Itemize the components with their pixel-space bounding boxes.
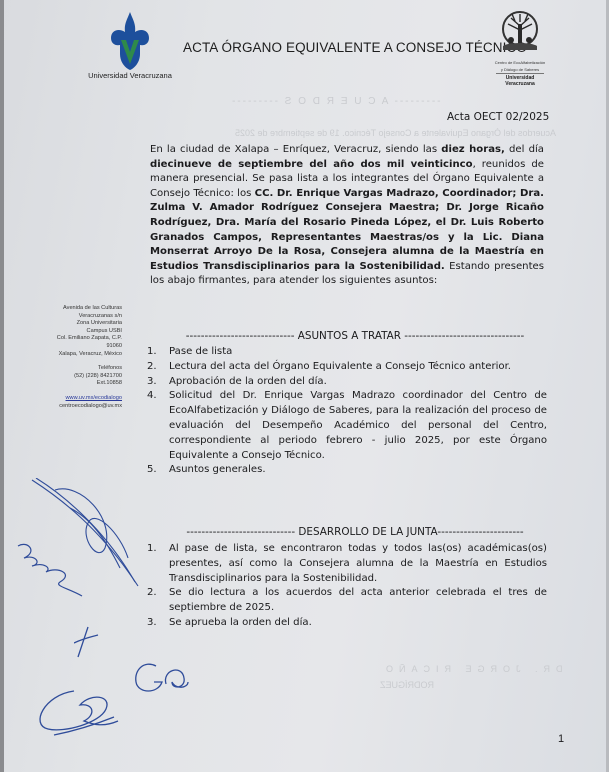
acta-number: Acta OECT 02/2025 <box>447 111 549 123</box>
address-line: Xalapa, Veracruz, México <box>26 351 122 359</box>
contact-sidebar: Avenida de las CulturasVeracruzanas s/nZ… <box>26 305 122 410</box>
item-number: 5. <box>147 463 169 478</box>
address-line: Zona Universitaria <box>26 320 122 328</box>
desarrollo-item: 3.Se aprueba la orden del día. <box>147 616 547 631</box>
ecoalfabetizacion-logo: Centro de EcoAlfabetización y Diálogo de… <box>492 10 548 87</box>
intro-text-2: del día <box>505 144 544 155</box>
phone-line: Ext.10858 <box>26 380 122 388</box>
phone-line: Teléfonos <box>26 365 122 373</box>
signature-3 <box>74 625 100 659</box>
uv-logo-caption: Universidad Veracruzana <box>88 71 172 80</box>
intro-text-1: En la ciudad de Xalapa – Enríquez, Verac… <box>150 144 441 155</box>
item-text: Se aprueba la orden del día. <box>169 616 547 631</box>
phone-line: (52) (228) 8421700 <box>26 373 122 381</box>
intro-date: diecinueve de septiembre del año dos mil… <box>150 159 473 170</box>
intro-members: CC. Dr. Enrique Vargas Madrazo, Coordina… <box>150 188 544 272</box>
asunto-item: 5.Asuntos generales. <box>147 463 547 478</box>
item-text: Pase de lista <box>169 345 547 360</box>
tree-emblem-icon <box>499 10 541 54</box>
bleed-through-line: Acuerdos del Órgano Equivalente a Consej… <box>235 128 556 138</box>
item-text: Al pase de lista, se encontraron todas y… <box>169 542 547 586</box>
universidad-veracruzana-logo: Universidad Veracruzana <box>88 12 172 80</box>
signature-4 <box>132 660 192 696</box>
address-line: Veracruzanas s/n <box>26 313 122 321</box>
website-link[interactable]: www.uv.mx/ecodialogo <box>26 395 122 403</box>
signature-2 <box>16 538 88 598</box>
phone-block: Teléfonos(52) (228) 8421700Ext.10858 <box>26 365 122 388</box>
email-address[interactable]: centroecodialogo@uv.mx <box>26 403 122 411</box>
item-number: 3. <box>147 616 169 631</box>
item-text: Lectura del acta del Órgano Equivalente … <box>169 360 547 375</box>
asunto-item: 2.Lectura del acta del Órgano Equivalent… <box>147 360 547 375</box>
asunto-item: 1.Pase de lista <box>147 345 547 360</box>
address-line: Campus USBI <box>26 328 122 336</box>
desarrollo-item: 2.Se dio lectura a los acuerdos del acta… <box>147 586 547 616</box>
desarrollo-list: 1.Al pase de lista, se encontraron todas… <box>147 542 547 631</box>
item-number: 2. <box>147 360 169 375</box>
asunto-item: 3.Aprobación de la orden del día. <box>147 375 547 390</box>
item-number: 4. <box>147 389 169 463</box>
bleed-through-acuerdos: --------- A C U E R D O S --------- <box>230 96 441 107</box>
address-line: Avenida de las Culturas <box>26 305 122 313</box>
address-line: Col. Emiliano Zapata, C.P. <box>26 335 122 343</box>
fleur-de-lis-icon <box>110 12 150 70</box>
item-text: Asuntos generales. <box>169 463 547 478</box>
document-title: ACTA ÓRGANO EQUIVALENTE A CONSEJO TÉCNIC… <box>183 40 527 55</box>
asuntos-heading: ----------------------------- ASUNTOS A … <box>160 330 550 342</box>
item-number: 2. <box>147 586 169 616</box>
page-number: 1 <box>558 733 564 745</box>
intro-paragraph: En la ciudad de Xalapa – Enríquez, Verac… <box>150 143 544 289</box>
desarrollo-heading: ----------------------------- DESARROLLO… <box>160 526 550 538</box>
intro-time: diez horas, <box>441 144 505 155</box>
item-text: Aprobación de la orden del día. <box>169 375 547 390</box>
item-number: 3. <box>147 375 169 390</box>
item-number: 1. <box>147 345 169 360</box>
address-line: 91060 <box>26 343 122 351</box>
eco-logo-caption-1: Centro de EcoAlfabetización <box>492 60 548 65</box>
bleed-through-signature-1: DR. JORGE RICAÑO <box>380 664 563 674</box>
eco-logo-caption-2: y Diálogo de Saberes <box>492 67 548 72</box>
desarrollo-item: 1.Al pase de lista, se encontraron todas… <box>147 542 547 586</box>
item-text: Solicitud del Dr. Enrique Vargas Madrazo… <box>169 389 547 463</box>
item-text: Se dio lectura a los acuerdos del acta a… <box>169 586 547 616</box>
eco-logo-divider <box>496 73 544 74</box>
item-number: 1. <box>147 542 169 586</box>
eco-logo-caption-3: Universidad Veracruzana <box>492 75 548 87</box>
page-edge <box>0 0 4 772</box>
asuntos-list: 1.Pase de lista2.Lectura del acta del Ór… <box>147 345 547 478</box>
address-block: Avenida de las CulturasVeracruzanas s/nZ… <box>26 305 122 358</box>
bleed-through-signature-2: RODRÍGUEZ <box>380 680 434 690</box>
signature-5 <box>34 685 120 741</box>
asunto-item: 4.Solicitud del Dr. Enrique Vargas Madra… <box>147 389 547 463</box>
